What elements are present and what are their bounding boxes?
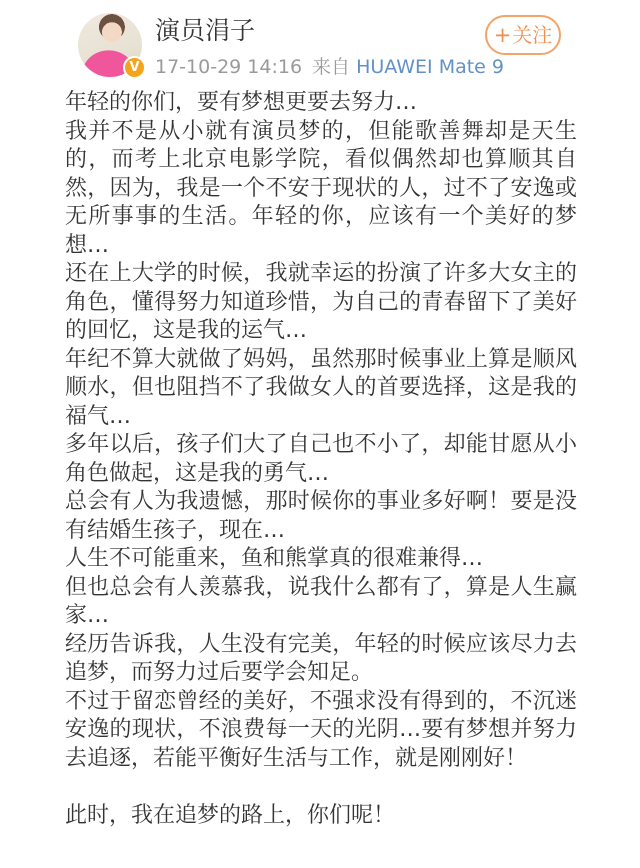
post-paragraph: 但也总会有人羡慕我，说我什么都有了，算是人生赢家…	[65, 574, 577, 631]
post-body: 年轻的你们，要有梦想更要去努力…我并不是从小就有演员梦的，但能歌善舞却是天生的，…	[65, 89, 577, 830]
post-paragraph: 还在上大学的时候，我就幸运的扮演了许多大女主的角色，懂得努力知道珍惜，为自己的青…	[65, 260, 577, 346]
source-prefix: 来自	[312, 56, 350, 78]
post-paragraph: 我并不是从小就有演员梦的，但能歌善舞却是天生的，而考上北京电影学院，看似偶然却也…	[65, 118, 577, 261]
post-paragraph: 不过于留恋曾经的美好，不强求没有得到的，不沉迷安逸的现状，不浪费每一天的光阴…要…	[65, 688, 577, 774]
post-paragraph: 总会有人为我遗憾，那时候你的事业多好啊！要是没有结婚生孩子，现在…	[65, 488, 577, 545]
follow-button[interactable]: + 关注	[485, 15, 561, 55]
plus-icon: +	[494, 25, 512, 46]
avatar[interactable]: V	[78, 13, 142, 77]
post-paragraph	[65, 773, 577, 802]
username[interactable]: 演员涓子	[155, 17, 504, 45]
post-paragraph: 此时，我在追梦的路上，你们呢！	[65, 802, 577, 831]
weibo-post-page: V 演员涓子 17-10-29 14:16来自 HUAWEI Mate 9 + …	[0, 0, 640, 868]
post-paragraph: 多年以后，孩子们大了自己也不小了，却能甘愿从小角色做起，这是我的勇气…	[65, 431, 577, 488]
post-paragraph: 年轻的你们，要有梦想更要去努力…	[65, 89, 577, 118]
verified-v-icon: V	[123, 56, 146, 79]
user-info: 演员涓子 17-10-29 14:16来自 HUAWEI Mate 9	[155, 17, 504, 79]
follow-button-label: 关注	[512, 25, 552, 45]
timestamp: 17-10-29 14:16	[155, 56, 302, 78]
post-meta: 17-10-29 14:16来自 HUAWEI Mate 9	[155, 52, 504, 79]
source-device-link[interactable]: HUAWEI Mate 9	[356, 56, 504, 78]
post-paragraph: 年纪不算大就做了妈妈，虽然那时候事业上算是顺风顺水，但也阻挡不了我做女人的首要选…	[65, 346, 577, 432]
post-paragraph: 经历告诉我，人生没有完美，年轻的时候应该尽力去追梦，而努力过后要学会知足。	[65, 631, 577, 688]
post-header: V 演员涓子 17-10-29 14:16来自 HUAWEI Mate 9 + …	[0, 0, 640, 90]
post-paragraph: 人生不可能重来，鱼和熊掌真的很难兼得…	[65, 545, 577, 574]
